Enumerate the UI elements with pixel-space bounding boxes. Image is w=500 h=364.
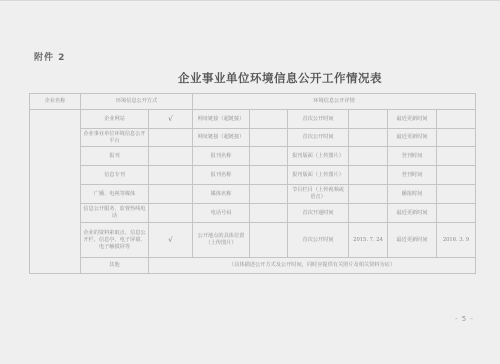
first-value-cell[interactable] (349, 204, 388, 223)
company-name-cell[interactable] (30, 110, 81, 274)
latest-value-cell[interactable] (437, 166, 476, 185)
first-label-cell: 首次公开时间 (288, 110, 349, 129)
latest-label-cell: 登刊时间 (388, 147, 437, 166)
header-disclosure-method: 环境信息公开方式 (81, 94, 193, 110)
check-cell[interactable] (149, 129, 193, 147)
disclosure-table: 企业名称 环境信息公开方式 环境信息公开详情 企业网站 √ 网址链接（超链接） … (29, 93, 476, 274)
document-title: 企业事业单位环境信息公开工作情况表 (0, 70, 500, 86)
latest-value-cell[interactable]: 2016. 3. 9 (437, 223, 476, 258)
header-disclosure-details: 环境信息公开详情 (193, 94, 476, 110)
table-row: 信息公开服务、监督热线电话 电话号码 首次开通时间 最近更新时间 (30, 204, 476, 223)
latest-label-cell: 最近更新时间 (388, 110, 437, 129)
method-cell: 信息专刊 (81, 166, 149, 185)
check-cell[interactable] (149, 166, 193, 185)
detail-label-cell: 公开地点的具体位置（上传图片） (193, 223, 250, 258)
detail-label-cell: 报刊名称 (193, 147, 250, 166)
detail-value-cell[interactable] (250, 129, 288, 147)
detail-label-cell: 网址链接（超链接） (193, 110, 250, 129)
detail-label-cell: 电话号码 (193, 204, 250, 223)
method-cell: 报刊 (81, 147, 149, 166)
table-row-other: 其他 （具体描述公开方式及公开时间，同时应提供有关照片及相关资料为证） (30, 258, 476, 274)
latest-value-cell[interactable] (437, 204, 476, 223)
latest-value-cell[interactable] (437, 185, 476, 204)
table-row: 信息专刊 报刊名称 报刊版面（上传图片） 登刊时间 (30, 166, 476, 185)
header-company-name: 企业名称 (30, 94, 81, 110)
attachment-label: 附件 2 (34, 50, 65, 63)
first-value-cell[interactable] (349, 110, 388, 129)
latest-value-cell[interactable] (437, 129, 476, 147)
first-label-cell: 首次公开时间 (288, 129, 349, 147)
table-row: 企业的资料索取点、信息公开栏、信息亭、电子屏幕、电子触摸屏等 √ 公开地点的具体… (30, 223, 476, 258)
table-row: 报刊 报刊名称 报刊版面（上传图片） 登刊时间 (30, 147, 476, 166)
method-cell: 信息公开服务、监督热线电话 (81, 204, 149, 223)
check-cell[interactable] (149, 147, 193, 166)
table-row: 企业网站 √ 网址链接（超链接） 首次公开时间 最近更新时间 (30, 110, 476, 129)
detail-value-cell[interactable] (250, 166, 288, 185)
check-cell[interactable] (149, 204, 193, 223)
first-value-cell[interactable] (349, 129, 388, 147)
detail-value-cell[interactable] (250, 223, 288, 258)
check-cell[interactable]: √ (149, 223, 193, 258)
latest-value-cell[interactable] (437, 147, 476, 166)
method-cell: 广播、电视等媒体 (81, 185, 149, 204)
first-label-cell: 报刊版面（上传图片） (288, 166, 349, 185)
first-label-cell: 首次开通时间 (288, 204, 349, 223)
check-cell[interactable] (149, 185, 193, 204)
detail-label-cell: 报刊名称 (193, 166, 250, 185)
other-description-cell[interactable]: （具体描述公开方式及公开时间，同时应提供有关照片及相关资料为证） (149, 258, 476, 274)
other-label-cell: 其他 (81, 258, 149, 274)
first-value-cell[interactable] (349, 185, 388, 204)
latest-label-cell: 播报时间 (388, 185, 437, 204)
method-cell: 企业事业单位环境信息公开平台 (81, 129, 149, 147)
detail-value-cell[interactable] (250, 204, 288, 223)
check-cell[interactable]: √ (149, 110, 193, 129)
table-row: 企业事业单位环境信息公开平台 网址链接（超链接） 首次公开时间 最近更新时间 (30, 129, 476, 147)
latest-label-cell: 最近更新时间 (388, 223, 437, 258)
first-label-cell: 报刊版面（上传图片） (288, 147, 349, 166)
page-number: - 5 - (455, 315, 474, 323)
first-value-cell[interactable]: 2015. 7. 24 (349, 223, 388, 258)
first-label-cell: 首次公开时间 (288, 223, 349, 258)
latest-label-cell: 登刊时间 (388, 166, 437, 185)
method-cell: 企业网站 (81, 110, 149, 129)
latest-label-cell: 最近更新时间 (388, 129, 437, 147)
detail-value-cell[interactable] (250, 110, 288, 129)
method-cell: 企业的资料索取点、信息公开栏、信息亭、电子屏幕、电子触摸屏等 (81, 223, 149, 258)
detail-value-cell[interactable] (250, 147, 288, 166)
page-edge (0, 0, 500, 1)
table-row: 广播、电视等媒体 媒体名称 节目栏目（上传视频或语音） 播报时间 (30, 185, 476, 204)
detail-value-cell[interactable] (250, 185, 288, 204)
detail-label-cell: 媒体名称 (193, 185, 250, 204)
first-label-cell: 节目栏目（上传视频或语音） (288, 185, 349, 204)
latest-label-cell: 最近更新时间 (388, 204, 437, 223)
detail-label-cell: 网址链接（超链接） (193, 129, 250, 147)
first-value-cell[interactable] (349, 166, 388, 185)
latest-value-cell[interactable] (437, 110, 476, 129)
first-value-cell[interactable] (349, 147, 388, 166)
